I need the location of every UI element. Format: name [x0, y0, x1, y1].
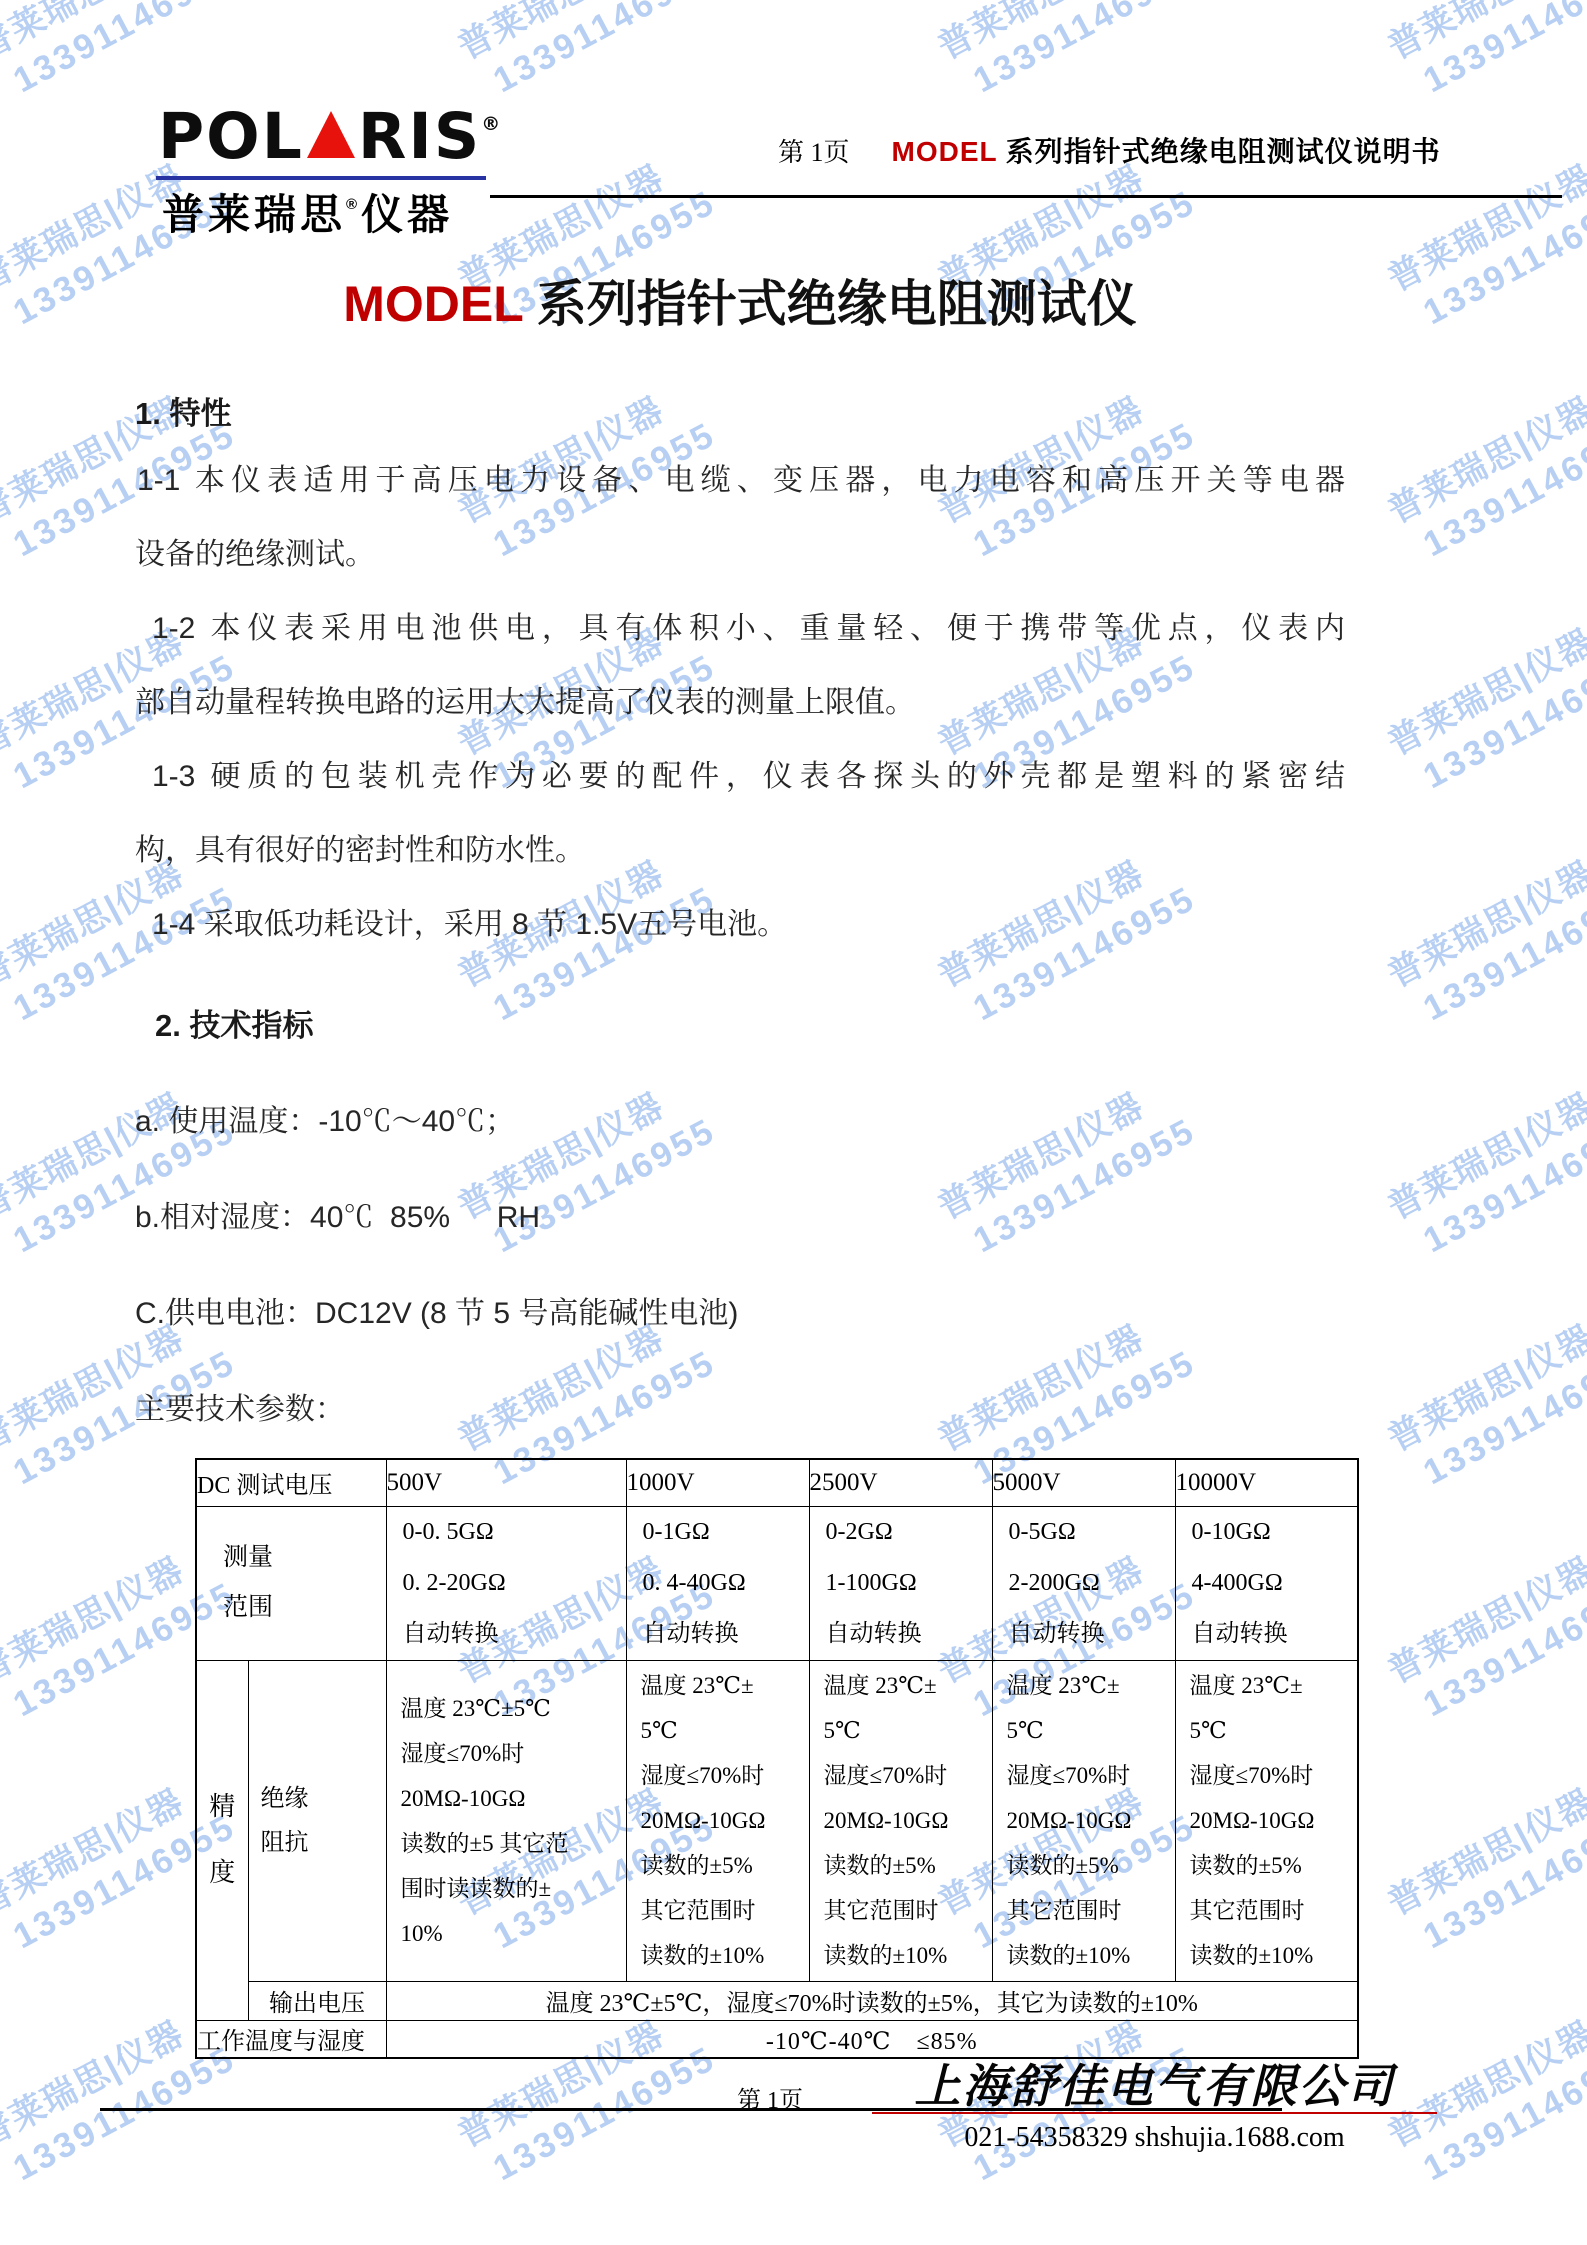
- range-5000v: 0-5GΩ2-200GΩ自动转换: [992, 1506, 1175, 1660]
- col-header-10000v: 10000V: [1175, 1459, 1358, 1506]
- logo-cn-suffix: 仪器: [361, 191, 453, 238]
- logo-text-ris: RIS: [358, 100, 481, 173]
- precision-5000v: 温度 23℃±5℃湿度≤70%时20MΩ-10GΩ读数的±5%其它范围时读数的±…: [992, 1660, 1175, 1981]
- col-header-500v: 500V: [386, 1459, 626, 1506]
- para-1-1-line1: 1-1 本仪表适用于高压电力设备、电缆、变压器，电力电容和高压开关等电器: [137, 455, 1345, 499]
- range-2500v: 0-2GΩ1-100GΩ自动转换: [809, 1506, 992, 1660]
- para-1-3-line1: 1-3 硬质的包装机壳作为必要的配件，仪表各探头的外壳都是塑料的紧密结: [152, 751, 1345, 795]
- para-1-2-line1: 1-2 本仪表采用电池供电，具有体积小、重量轻、便于携带等优点，仪表内: [152, 603, 1345, 647]
- table-row-precision: 精度 绝缘阻抗 温度 23℃±5℃湿度≤70%时20MΩ-10GΩ读数的±5 其…: [196, 1660, 1358, 1981]
- footer-contact: 021-54358329 shshujia.1688.com: [872, 2122, 1437, 2154]
- header-page-number: 第 1页: [778, 132, 850, 169]
- logo-cn-text: 普莱瑞思: [162, 191, 346, 238]
- header-divider: [490, 195, 1562, 198]
- registered-mark-icon: ®: [481, 113, 502, 135]
- range-10000v: 0-10GΩ4-400GΩ自动转换: [1175, 1506, 1358, 1660]
- logo-underline: [156, 176, 486, 180]
- range-1000v: 0-1GΩ0. 4-40GΩ自动转换: [626, 1506, 809, 1660]
- section-2-heading: 2. 技术指标: [155, 1000, 313, 1045]
- table-row-output: 输出电压 温度 23℃±5℃，湿度≤70%时读数的±5%，其它为读数的±10%: [196, 1981, 1358, 2020]
- insulation-label-cell: 绝缘阻抗: [248, 1660, 386, 1981]
- para-1-1-line2: 设备的绝缘测试。: [135, 529, 375, 573]
- spec-temperature: a. 使用温度：-10℃～40℃；: [135, 1096, 515, 1140]
- work-conditions-label: 工作温度与湿度: [196, 2020, 386, 2058]
- document-page: 普莱瑞思|仪器13391146955普莱瑞思|仪器13391146955普莱瑞思…: [0, 0, 1587, 2245]
- registered-mark-icon: ®: [346, 196, 361, 213]
- range-label-cell: 测量范围: [196, 1506, 386, 1660]
- polaris-triangle-icon: [307, 111, 355, 158]
- col-header-5000v: 5000V: [992, 1459, 1175, 1506]
- spec-battery: C.供电电池：DC12V (8 节 5 号高能碱性电池): [135, 1288, 738, 1332]
- precision-10000v: 温度 23℃±5℃湿度≤70%时20MΩ-10GΩ读数的±5%其它范围时读数的±…: [1175, 1660, 1358, 1981]
- logo-text-pol: POL: [158, 100, 304, 173]
- logo-chinese-name: 普莱瑞思®仪器: [162, 182, 453, 242]
- col-header-dc-voltage: DC 测试电压: [196, 1459, 386, 1506]
- table-row-header: DC 测试电压 500V 1000V 2500V 5000V 10000V: [196, 1459, 1358, 1506]
- spec-humidity: b.相对湿度：40℃ 85% RH: [135, 1192, 540, 1236]
- precision-label-cell: 精度: [196, 1660, 248, 2020]
- table-row-range: 测量范围 0-0. 5GΩ0. 2-20GΩ自动转换 0-1GΩ0. 4-40G…: [196, 1506, 1358, 1660]
- page-title: MODEL 系列指针式绝缘电阻测试仪: [135, 264, 1345, 336]
- page-header: 第 1页 MODEL 系列指针式绝缘电阻测试仪说明书: [778, 130, 1441, 170]
- col-header-2500v: 2500V: [809, 1459, 992, 1506]
- spec-params-label: 主要技术参数：: [135, 1384, 345, 1428]
- range-500v: 0-0. 5GΩ0. 2-20GΩ自动转换: [386, 1506, 626, 1660]
- footer-company-name: 上海舒佳电气有限公司: [872, 2050, 1437, 2116]
- para-1-2-line2: 部自动量程转换电路的运用大大提高了仪表的测量上限值。: [135, 677, 915, 721]
- output-voltage-label: 输出电压: [248, 1981, 386, 2020]
- col-header-1000v: 1000V: [626, 1459, 809, 1506]
- para-1-4: 1-4 采取低功耗设计，采用 8 节 1.5V五号电池。: [152, 899, 787, 943]
- precision-1000v: 温度 23℃±5℃湿度≤70%时20MΩ-10GΩ读数的±5%其它范围时读数的±…: [626, 1660, 809, 1981]
- header-doc-title: MODEL 系列指针式绝缘电阻测试仪说明书: [892, 130, 1441, 170]
- precision-500v: 温度 23℃±5℃湿度≤70%时20MΩ-10GΩ读数的±5 其它范围时读读数的…: [386, 1660, 626, 1981]
- footer-company-underline: [872, 2112, 1437, 2114]
- para-1-3-line2: 构，具有很好的密封性和防水性。: [135, 825, 585, 869]
- output-voltage-value: 温度 23℃±5℃，湿度≤70%时读数的±5%，其它为读数的±10%: [386, 1981, 1358, 2020]
- precision-2500v: 温度 23℃±5℃湿度≤70%时20MΩ-10GΩ读数的±5%其它范围时读数的±…: [809, 1660, 992, 1981]
- section-1-heading: 1. 特性: [135, 388, 231, 433]
- spec-table: DC 测试电压 500V 1000V 2500V 5000V 10000V 测量…: [195, 1458, 1359, 2059]
- polaris-logo: POLRIS®: [158, 100, 502, 173]
